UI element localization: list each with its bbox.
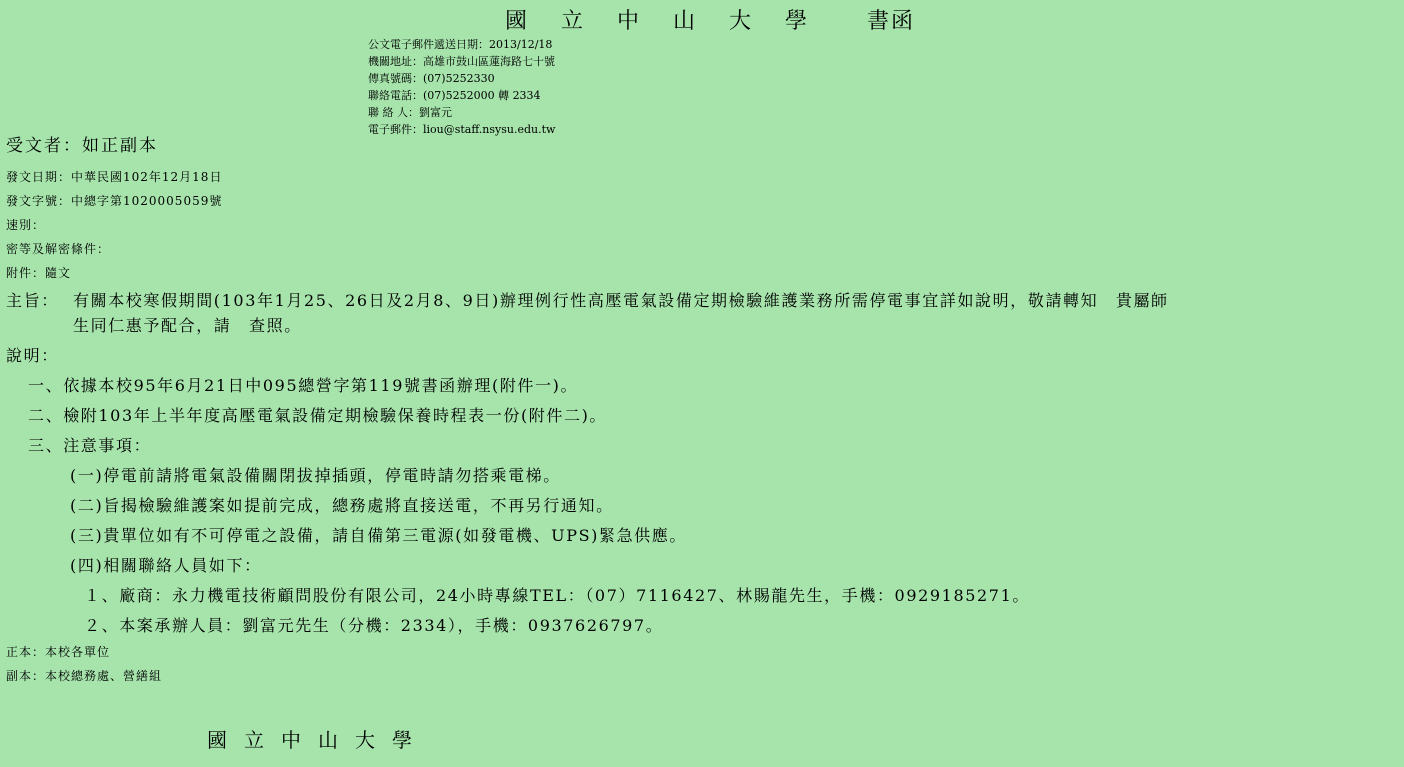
contact-handler: ２、本案承辦人員：劉富元先生（分機：2334），手機：0937626797。 — [84, 611, 663, 641]
copy-distribution: 副本：本校總務處、營繕組 — [6, 667, 162, 685]
explanation-item-1: 一、依據本校95年6月21日中095總營字第119號書函辦理(附件一)。 — [28, 371, 578, 401]
footer-seal: 國立中山大學 — [207, 725, 429, 755]
title-char: 中 — [617, 6, 673, 38]
phone-label: 聯絡電話： — [368, 89, 423, 102]
email-row: 電子郵件：liou@staff.nsysu.edu.tw — [368, 121, 555, 138]
classification-field: 密等及解密條件： — [6, 240, 110, 258]
title-char: 大 — [729, 6, 785, 38]
seal-char: 山 — [318, 725, 355, 755]
attachment-field: 附件：隨文 — [6, 264, 71, 282]
explanation-label: 說明： — [6, 341, 59, 371]
seal-char: 學 — [392, 725, 429, 755]
recipient-label: 受文者： — [6, 136, 82, 156]
urgency-field: 速別： — [6, 216, 45, 234]
contact-row: 聯 絡 人：劉富元 — [368, 104, 555, 121]
send-date-label: 公文電子郵件遞送日期： — [368, 38, 489, 51]
seal-char: 國 — [207, 725, 244, 755]
seal-char: 立 — [244, 725, 281, 755]
address-row: 機關地址：高雄市鼓山區蓮海路七十號 — [368, 53, 555, 70]
explanation-item-2: 二、檢附103年上半年度高壓電氣設備定期檢驗保養時程表一份(附件二)。 — [28, 401, 607, 431]
title-char: 山 — [673, 6, 729, 38]
fax-number: (07)5252330 — [423, 72, 495, 85]
seal-char: 中 — [281, 725, 318, 755]
contact-person: 劉富元 — [419, 106, 452, 119]
sender-info: 公文電子郵件遞送日期：2013/12/18 機關地址：高雄市鼓山區蓮海路七十號 … — [368, 36, 555, 138]
recipient: 受文者：如正副本 — [6, 133, 158, 159]
explanation-item-3: 三、注意事項： — [28, 431, 151, 461]
send-date-row: 公文電子郵件遞送日期：2013/12/18 — [368, 36, 555, 53]
address-label: 機關地址： — [368, 55, 423, 68]
phone-number: (07)5252000 轉 2334 — [423, 89, 541, 102]
address: 高雄市鼓山區蓮海路七十號 — [423, 55, 555, 68]
title-char: 立 — [561, 6, 617, 38]
document-type: 書函 — [867, 9, 915, 34]
title-char: 國 — [505, 6, 561, 38]
send-date: 2013/12/18 — [489, 38, 552, 51]
recipient-value: 如正副本 — [82, 136, 158, 156]
original-distribution: 正本：本校各單位 — [6, 643, 110, 661]
seal-char: 大 — [355, 725, 392, 755]
document-title: 國立中山大學書函 — [505, 6, 915, 38]
subject-line-2: 生同仁惠予配合，請 查照。 — [73, 311, 302, 341]
email-link[interactable]: liou@staff.nsysu.edu.tw — [423, 123, 555, 136]
issue-date: 發文日期：中華民國102年12月18日 — [6, 168, 222, 186]
contact-vendor: １、廠商：永力機電技術顧問股份有限公司，24小時專線TEL：（07）711642… — [84, 581, 1030, 611]
subject-label: 主旨： — [6, 286, 59, 316]
fax-row: 傳真號碼：(07)5252330 — [368, 70, 555, 87]
fax-label: 傳真號碼： — [368, 72, 423, 85]
note-1: (一)停電前請將電氣設備關閉拔掉插頭，停電時請勿搭乘電梯。 — [70, 461, 561, 491]
email-label: 電子郵件： — [368, 123, 423, 136]
note-4: (四)相關聯絡人員如下： — [70, 551, 262, 581]
phone-row: 聯絡電話：(07)5252000 轉 2334 — [368, 87, 555, 104]
contact-label: 聯 絡 人： — [368, 106, 419, 119]
document-number: 發文字號：中總字第1020005059號 — [6, 192, 222, 210]
note-3: (三)貴單位如有不可停電之設備，請自備第三電源(如發電機、UPS)緊急供應。 — [70, 521, 687, 551]
title-char: 學 — [785, 6, 841, 38]
note-2: (二)旨揭檢驗維護案如提前完成，總務處將直接送電，不再另行通知。 — [70, 491, 614, 521]
